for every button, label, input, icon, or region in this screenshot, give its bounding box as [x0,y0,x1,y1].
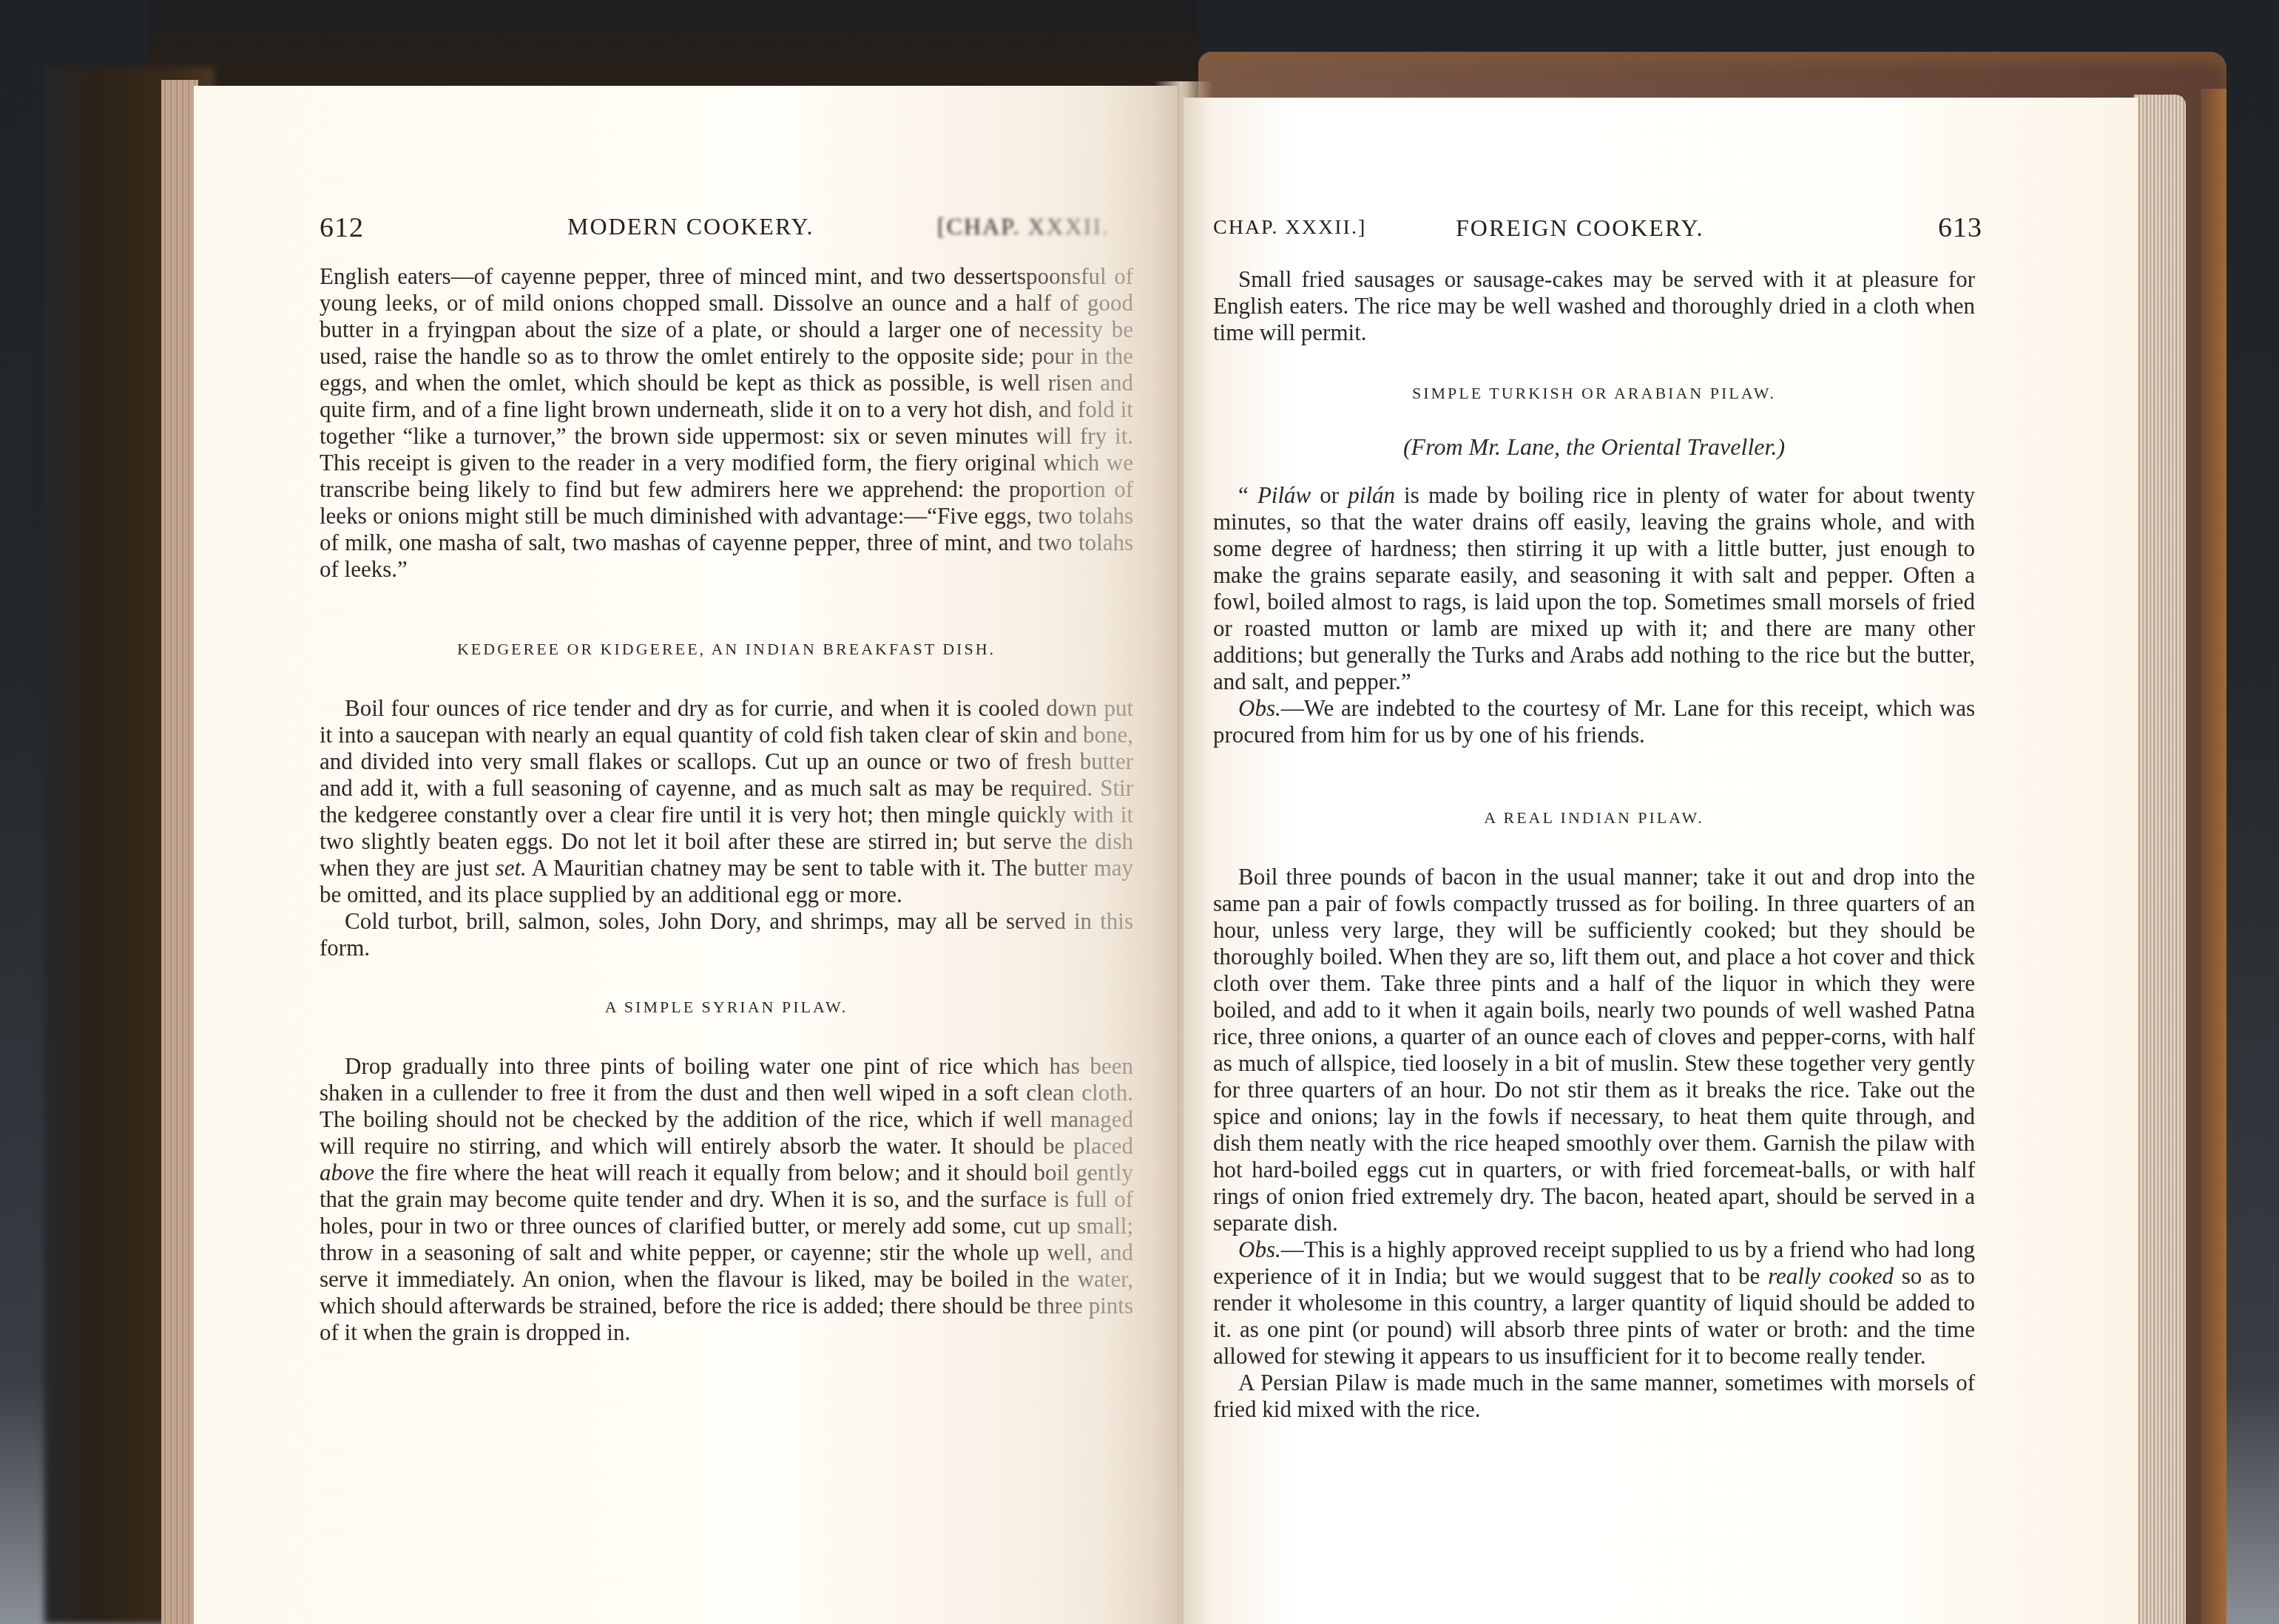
recipe-attribution: (From Mr. Lane, the Oriental Traveller.) [1213,433,1975,460]
page-number: 613 [1938,212,1982,244]
right-text-column: Small fried sausages or sausage-cakes ma… [1213,266,1975,1423]
paragraph: Boil four ounces of rice tender and dry … [320,695,1133,908]
paragraph: English eaters—of cayenne pepper, three … [320,263,1133,583]
left-text-column: English eaters—of cayenne pepper, three … [320,263,1133,1346]
recipe-heading-indian-pilaw: A REAL INDIAN PILAW. [1213,805,1975,831]
chapter-ref: CHAP. XXXII.] [1213,216,1366,240]
paragraph: A Persian Pilaw is made much in the same… [1213,1370,1975,1423]
paragraph: Boil three pounds of bacon in the usual … [1213,864,1975,1236]
chapter-ref: [CHAP. XXXII. [937,213,1110,240]
recipe-heading-kedgeree: KEDGEREE OR KIDGEREE, AN INDIAN BREAKFAS… [320,636,1133,663]
running-head: FOREIGN COOKERY. [1456,214,1704,242]
running-head: MODERN COOKERY. [567,213,814,240]
page-number: 612 [320,212,364,244]
page-edges-right [2134,95,2186,1624]
left-page: 612 MODERN COOKERY. [CHAP. XXXII. Englis… [194,86,1178,1624]
book-cover-edge [2201,89,2226,1624]
recipe-heading-syrian-pilaw: A SIMPLE SYRIAN PILAW. [320,994,1133,1021]
paragraph: Small fried sausages or sausage-cakes ma… [1213,266,1975,346]
paragraph: Cold turbot, brill, salmon, soles, John … [320,908,1133,961]
paragraph: Obs.—We are indebted to the courtesy of … [1213,695,1975,748]
paragraph: “ Piláw or pilán is made by boiling rice… [1213,482,1975,695]
paragraph: Obs.—This is a highly approved receipt s… [1213,1236,1975,1370]
recipe-heading-turkish-pilaw: SIMPLE TURKISH OR ARABIAN PILAW. [1213,380,1975,407]
paragraph: Drop gradually into three pints of boili… [320,1053,1133,1346]
page-edges-left [161,80,198,1624]
background-top [148,0,1198,96]
right-page: CHAP. XXXII.] FOREIGN COOKERY. 613 Small… [1184,98,2138,1624]
